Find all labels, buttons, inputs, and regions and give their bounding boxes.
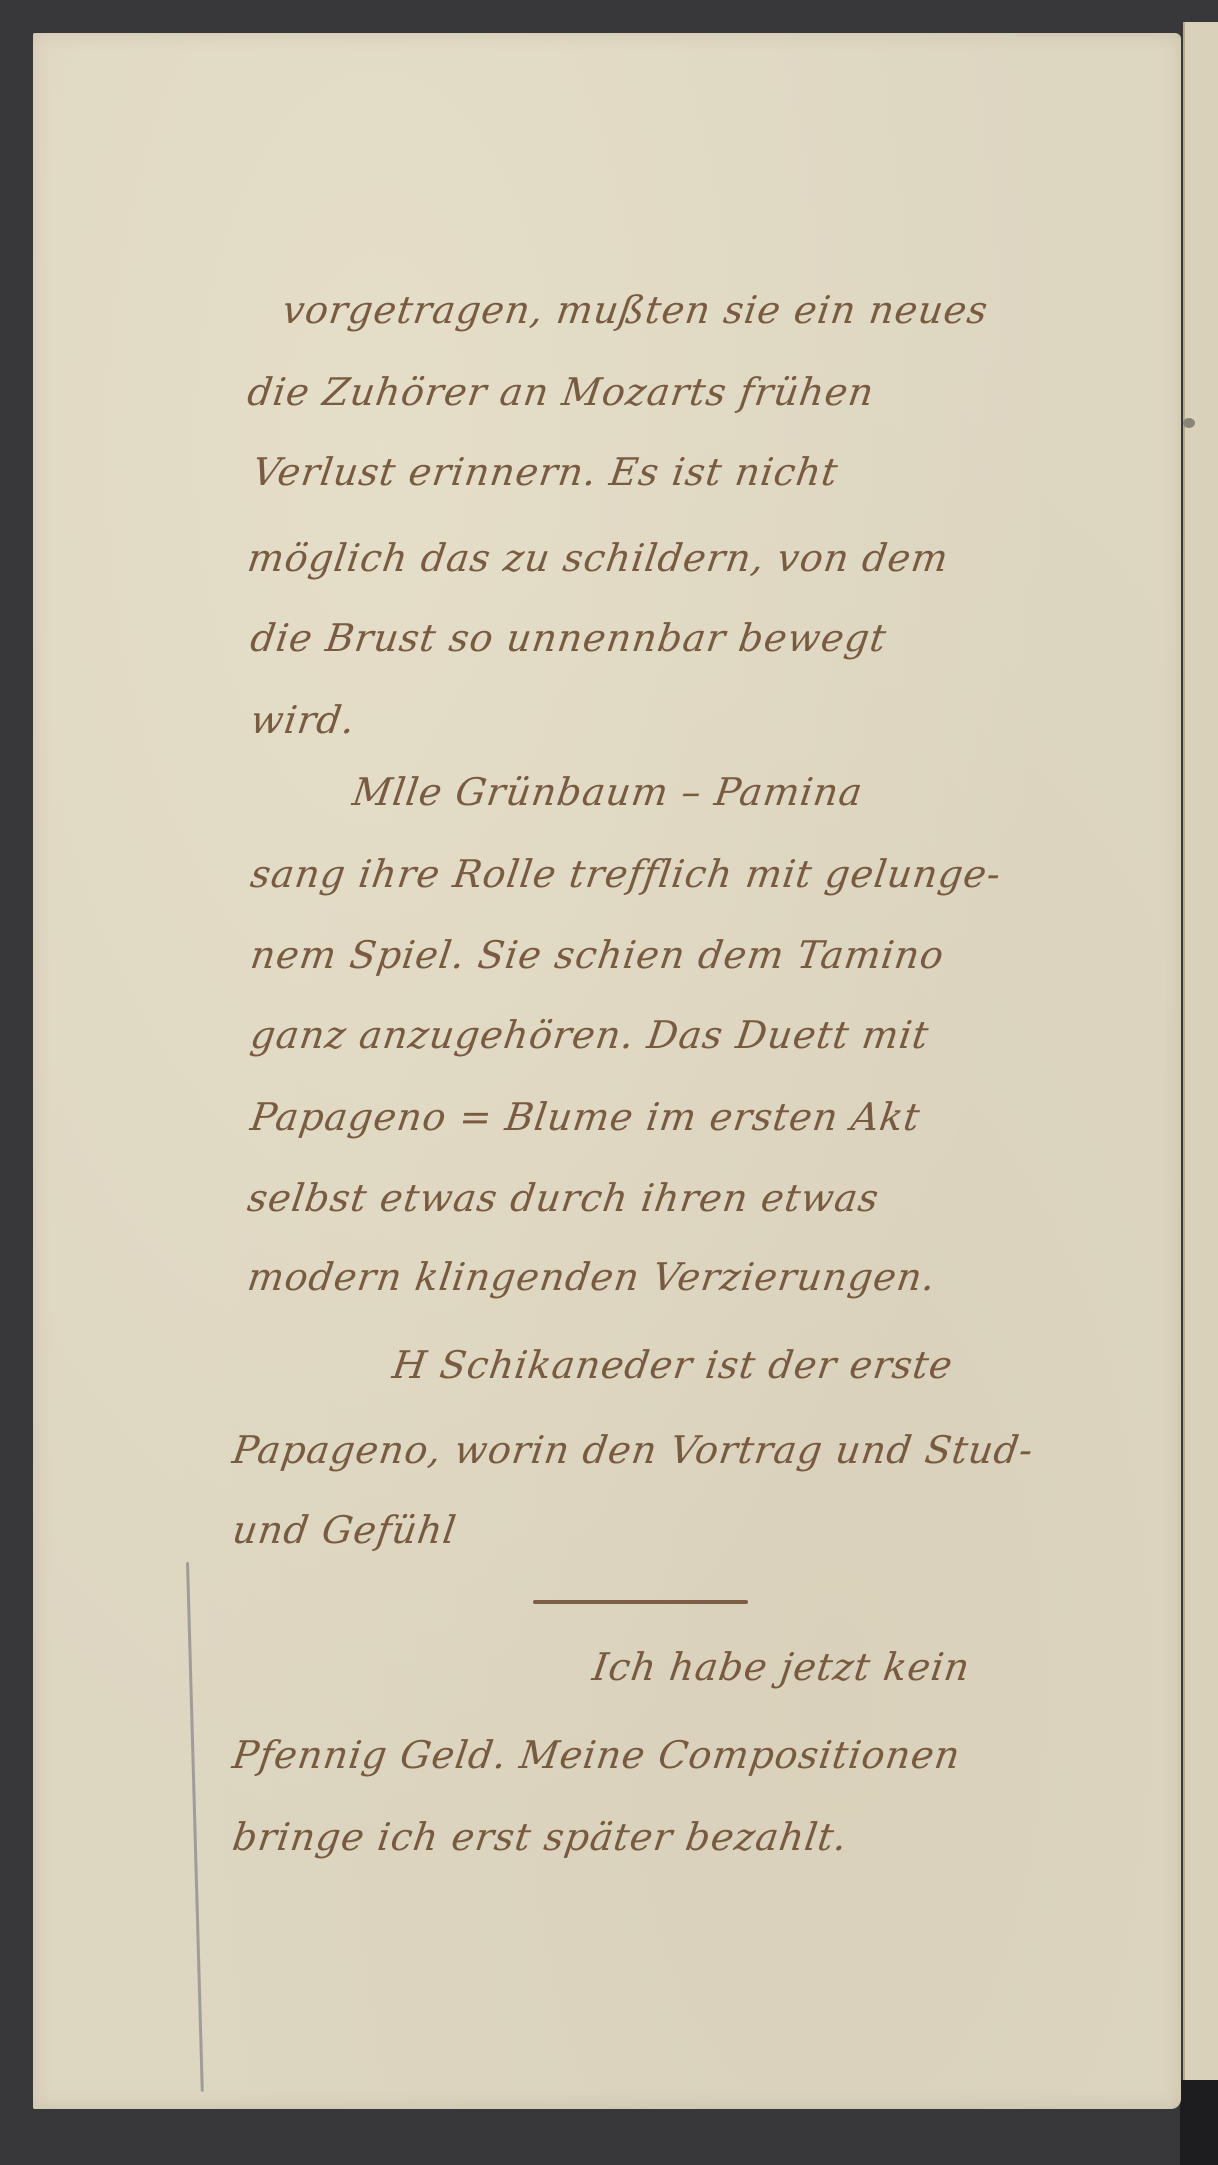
binding-shadow [1180,2080,1218,2165]
manuscript-scan: vorgetragen, mußten sie ein neues die Zu… [0,0,1218,2165]
text-line-18: Pfennig Geld. Meine Compositionen [230,1733,963,1777]
text-line-6: wird. [248,698,358,742]
text-line-14: H Schikaneder ist der erste [390,1343,956,1387]
text-line-9: nem Spiel. Sie schien dem Tamino [248,933,947,977]
text-line-7: Mlle Grünbaum – Pamina [350,770,866,814]
text-line-11: Papageno = Blume im ersten Akt [248,1095,923,1139]
text-line-5: die Brust so unnennbar bewegt [248,616,890,660]
separator-rule [533,1600,748,1604]
text-line-8: sang ihre Rolle trefflich mit gelunge- [248,852,1004,896]
text-line-19: bringe ich erst später bezahlt. [230,1815,851,1859]
text-line-17: Ich habe jetzt kein [590,1645,973,1689]
text-line-12: selbst etwas durch ihren etwas [245,1176,882,1220]
text-line-15: Papageno, worin den Vortrag und Stud- [230,1428,1036,1472]
text-line-1: vorgetragen, mußten sie ein neues [280,288,991,332]
text-line-10: ganz anzugehören. Das Duett mit [248,1013,932,1057]
text-line-2: die Zuhörer an Mozarts frühen [245,370,877,414]
text-line-4: möglich das zu schildern, von dem [245,536,952,580]
text-line-3: Verlust erinnern. Es ist nicht [250,450,841,494]
binding-hole [1183,418,1195,428]
text-line-16: und Gefühl [230,1508,460,1552]
next-page-edge [1183,22,1218,2132]
text-line-13: modern klingenden Verzierungen. [245,1255,939,1299]
manuscript-page: vorgetragen, mußten sie ein neues die Zu… [33,33,1181,2109]
